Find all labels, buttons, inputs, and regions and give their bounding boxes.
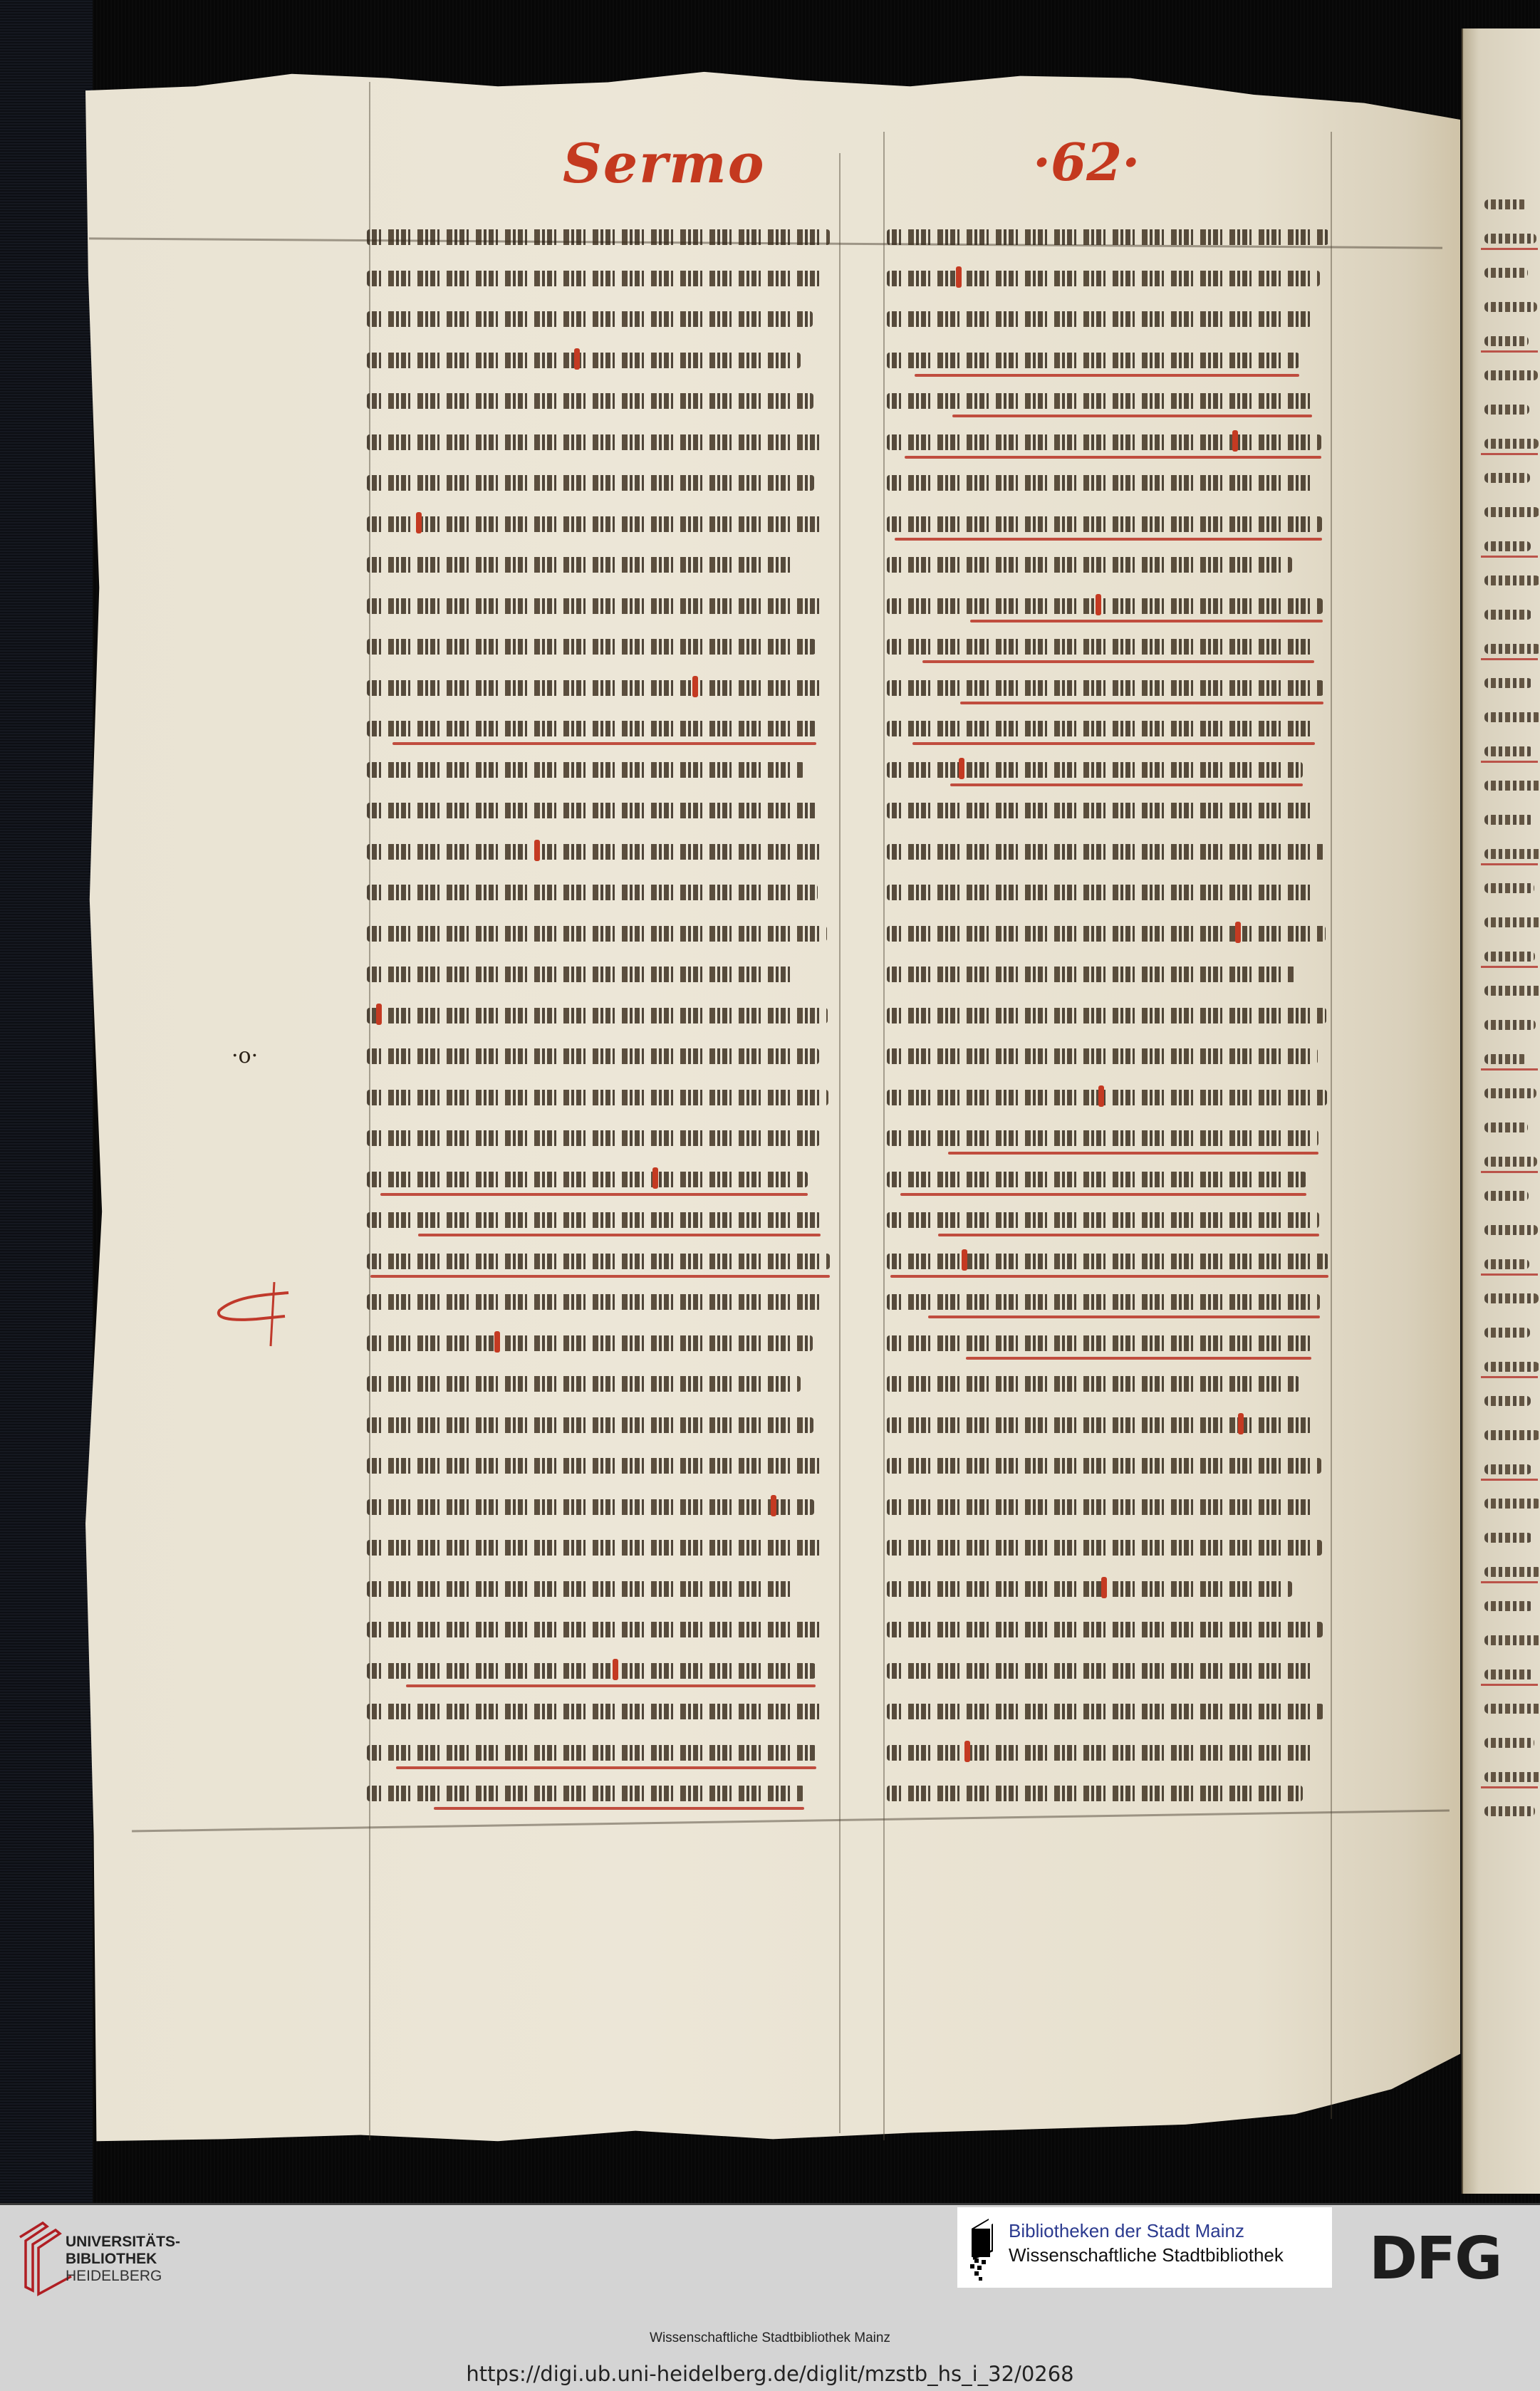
adjacent-page-line bbox=[1484, 1738, 1534, 1748]
handwritten-line bbox=[887, 1499, 1313, 1515]
handwritten-line bbox=[367, 926, 827, 942]
red-underline bbox=[392, 742, 816, 745]
handwritten-line bbox=[887, 1745, 1315, 1761]
red-underline bbox=[406, 1684, 816, 1687]
red-underline bbox=[380, 1193, 808, 1196]
handwritten-line bbox=[887, 1335, 1311, 1351]
rubric-mark bbox=[771, 1495, 776, 1516]
rubric-mark bbox=[964, 1741, 970, 1762]
adjacent-page-line bbox=[1484, 712, 1540, 722]
adjacent-page-line bbox=[1484, 1601, 1533, 1611]
mainz-logo-line2: Wissenschaftliche Stadtbibliothek bbox=[1009, 2244, 1284, 2266]
handwritten-line bbox=[887, 475, 1313, 491]
adjacent-page-line bbox=[1484, 815, 1534, 825]
rubric-mark bbox=[416, 512, 422, 533]
adjacent-page-line bbox=[1484, 1020, 1536, 1030]
red-underline bbox=[1481, 1171, 1538, 1173]
handwritten-line bbox=[367, 680, 825, 696]
handwritten-line bbox=[887, 1417, 1312, 1433]
handwritten-line bbox=[367, 557, 794, 573]
handwritten-line bbox=[367, 353, 801, 368]
adjacent-page-line bbox=[1484, 1157, 1537, 1167]
adjacent-page-line bbox=[1484, 917, 1540, 927]
handwritten-line bbox=[367, 311, 813, 327]
handwritten-line bbox=[887, 1458, 1321, 1474]
adjacent-page-line bbox=[1484, 1533, 1532, 1543]
handwritten-line bbox=[367, 1745, 816, 1761]
handwritten-line bbox=[887, 967, 1296, 982]
handwritten-line bbox=[887, 844, 1325, 860]
handwritten-line bbox=[887, 1090, 1327, 1105]
red-underline bbox=[1481, 658, 1538, 660]
rubric-mark bbox=[1098, 1085, 1104, 1107]
margin-mark: ·o· bbox=[231, 1043, 258, 1068]
red-underline bbox=[960, 702, 1323, 704]
handwritten-line bbox=[887, 311, 1311, 327]
adjacent-page-line bbox=[1484, 1669, 1534, 1679]
handwritten-line bbox=[887, 1130, 1318, 1146]
handwritten-line bbox=[367, 1130, 820, 1146]
adjacent-page-line bbox=[1484, 952, 1535, 962]
handwritten-line bbox=[367, 1663, 816, 1679]
handwritten-line bbox=[887, 639, 1314, 655]
red-underline bbox=[950, 783, 1303, 786]
handwritten-line bbox=[367, 1581, 794, 1597]
adjacent-page-edge bbox=[1462, 28, 1540, 2194]
rubric-mark bbox=[652, 1167, 658, 1189]
ub-heidelberg-logo[interactable]: UNIVERSITÄTS- BIBLIOTHEK HEIDELBERG bbox=[66, 2234, 180, 2285]
handwritten-line bbox=[367, 516, 823, 532]
rubric-mark bbox=[494, 1331, 500, 1353]
adjacent-page-line bbox=[1484, 370, 1538, 380]
handwritten-line bbox=[367, 1212, 821, 1228]
adjacent-page-line bbox=[1484, 986, 1540, 996]
folio-number: ·62· bbox=[1033, 132, 1140, 192]
handwritten-line bbox=[887, 557, 1292, 573]
rubric-mark bbox=[692, 676, 698, 697]
rubric-mark bbox=[1101, 1577, 1107, 1598]
handwritten-line bbox=[887, 1663, 1314, 1679]
red-underline bbox=[1481, 1684, 1538, 1686]
handwritten-line bbox=[887, 271, 1320, 286]
handwritten-line bbox=[367, 1254, 830, 1269]
handwritten-line bbox=[367, 434, 823, 450]
adjacent-page-line bbox=[1484, 1430, 1540, 1440]
handwritten-line bbox=[887, 680, 1323, 696]
handwritten-line bbox=[887, 803, 1316, 818]
handwritten-line bbox=[367, 1376, 801, 1392]
permalink-url[interactable]: https://digi.ub.uni-heidelberg.de/diglit… bbox=[0, 2362, 1540, 2386]
red-underline bbox=[1481, 1786, 1538, 1788]
rubric-mark bbox=[1232, 430, 1238, 452]
ruling-line bbox=[883, 132, 885, 2140]
red-underline bbox=[1481, 1068, 1538, 1071]
rubric-mark bbox=[1096, 594, 1101, 615]
handwritten-line bbox=[887, 434, 1321, 450]
red-underline bbox=[938, 1234, 1319, 1236]
ruling-line bbox=[1331, 132, 1332, 2119]
red-underline bbox=[915, 374, 1299, 377]
adjacent-page-line bbox=[1484, 507, 1539, 517]
handwritten-line bbox=[367, 1499, 814, 1515]
red-underline bbox=[922, 660, 1314, 663]
ruling-line bbox=[839, 153, 841, 2133]
manuscript-scan: Sermo ·62· ·o· bbox=[0, 0, 1540, 2203]
handwritten-line bbox=[887, 1704, 1323, 1719]
rubric-mark bbox=[1235, 922, 1241, 943]
adjacent-page-line bbox=[1484, 746, 1533, 756]
handwritten-line bbox=[367, 803, 817, 818]
adjacent-page-line bbox=[1484, 1806, 1535, 1816]
adjacent-page-line bbox=[1484, 1122, 1528, 1132]
handwritten-line bbox=[887, 598, 1323, 614]
adjacent-page-line bbox=[1484, 1328, 1530, 1338]
red-underline bbox=[1481, 966, 1538, 968]
handwritten-line bbox=[367, 1417, 813, 1433]
red-underline bbox=[418, 1234, 821, 1236]
handwritten-line bbox=[367, 1704, 825, 1719]
red-underline bbox=[1481, 863, 1538, 865]
dfg-logo[interactable]: DFG bbox=[1369, 2225, 1501, 2293]
handwritten-line bbox=[367, 844, 826, 860]
red-underline bbox=[900, 1193, 1306, 1196]
adjacent-page-line bbox=[1484, 1054, 1527, 1064]
adjacent-page-line bbox=[1484, 1225, 1538, 1235]
adjacent-page-line bbox=[1484, 575, 1540, 585]
adjacent-page-line bbox=[1484, 1259, 1529, 1269]
red-margin-cross-icon bbox=[214, 1282, 299, 1353]
ruling-line bbox=[369, 82, 370, 2140]
adjacent-page-line bbox=[1484, 439, 1539, 449]
adjacent-page-line bbox=[1484, 268, 1528, 278]
red-underline bbox=[1481, 1479, 1538, 1481]
handwritten-line bbox=[887, 353, 1299, 368]
red-underline bbox=[1481, 761, 1538, 763]
adjacent-page-line bbox=[1484, 1396, 1531, 1406]
rubric-mark bbox=[959, 758, 964, 779]
handwritten-line bbox=[367, 1540, 823, 1556]
adjacent-page-line bbox=[1484, 473, 1530, 483]
handwritten-line bbox=[367, 475, 814, 491]
rubric-mark bbox=[956, 266, 962, 288]
handwritten-line bbox=[367, 639, 816, 655]
adjacent-page-line bbox=[1484, 1362, 1539, 1372]
adjacent-page-line bbox=[1484, 849, 1540, 859]
adjacent-page-line bbox=[1484, 883, 1534, 893]
red-underline bbox=[1481, 350, 1538, 353]
manuscript-page bbox=[85, 68, 1460, 2147]
adjacent-page-line bbox=[1484, 678, 1532, 688]
viewer-footer: UNIVERSITÄTS- BIBLIOTHEK HEIDELBERG Bibl… bbox=[0, 2203, 1540, 2391]
red-underline bbox=[434, 1807, 804, 1810]
red-underline bbox=[948, 1152, 1318, 1155]
mainz-logo-line1: Bibliotheken der Stadt Mainz bbox=[1009, 2220, 1244, 2242]
adjacent-page-line bbox=[1484, 541, 1531, 551]
handwritten-line bbox=[887, 1786, 1303, 1801]
handwritten-line bbox=[367, 271, 821, 286]
handwritten-line bbox=[887, 885, 1316, 900]
red-underline bbox=[370, 1275, 830, 1278]
handwritten-line bbox=[887, 229, 1328, 245]
handwritten-line bbox=[367, 393, 813, 409]
handwritten-line bbox=[367, 1048, 819, 1064]
red-underline bbox=[928, 1316, 1320, 1318]
adjacent-page-line bbox=[1484, 1464, 1531, 1474]
adjacent-page-line bbox=[1484, 781, 1540, 791]
handwritten-line bbox=[887, 1622, 1323, 1637]
mainz-library-logo[interactable]: Bibliotheken der Stadt Mainz Wissenschaf… bbox=[957, 2207, 1332, 2288]
handwritten-line bbox=[887, 1581, 1292, 1597]
handwritten-line bbox=[367, 1786, 804, 1801]
red-underline bbox=[1481, 1581, 1538, 1583]
handwritten-line bbox=[887, 1048, 1318, 1064]
book-pixel-logo-icon bbox=[967, 2214, 996, 2286]
red-underline bbox=[895, 538, 1322, 541]
handwritten-line bbox=[367, 885, 818, 900]
background-cloth bbox=[0, 0, 93, 2203]
adjacent-page-line bbox=[1484, 1567, 1540, 1577]
holding-institution-credit: Wissenschaftliche Stadtbibliothek Mainz bbox=[0, 2330, 1540, 2346]
adjacent-page-line bbox=[1484, 610, 1531, 620]
red-underline bbox=[1481, 556, 1538, 558]
handwritten-line bbox=[887, 1540, 1322, 1556]
red-underline bbox=[912, 742, 1315, 745]
red-underline bbox=[890, 1275, 1328, 1278]
handwritten-line bbox=[367, 1172, 808, 1187]
handwritten-line bbox=[367, 229, 830, 245]
handwritten-line bbox=[367, 1294, 821, 1310]
handwritten-line bbox=[887, 1254, 1328, 1269]
rubric-mark bbox=[962, 1249, 967, 1271]
red-underline bbox=[905, 456, 1321, 459]
handwritten-line bbox=[367, 1008, 828, 1023]
adjacent-page-line bbox=[1484, 1704, 1540, 1714]
handwritten-line bbox=[367, 762, 804, 778]
adjacent-page-line bbox=[1484, 234, 1536, 244]
adjacent-page-line bbox=[1484, 1499, 1540, 1509]
red-underline bbox=[1481, 248, 1538, 250]
handwritten-line bbox=[367, 967, 797, 982]
red-underline bbox=[1481, 1273, 1538, 1276]
sermon-heading: Sermo bbox=[563, 132, 765, 195]
adjacent-page-line bbox=[1484, 1088, 1536, 1098]
handwritten-line bbox=[887, 721, 1315, 736]
handwritten-line bbox=[367, 1335, 813, 1351]
red-underline bbox=[952, 415, 1312, 417]
handwritten-line bbox=[367, 721, 816, 736]
adjacent-page-line bbox=[1484, 405, 1529, 415]
adjacent-page-line bbox=[1484, 336, 1529, 346]
red-underline bbox=[970, 620, 1323, 623]
red-underline bbox=[396, 1766, 816, 1769]
handwritten-line bbox=[367, 1458, 823, 1474]
ub-logo-line2: BIBLIOTHEK bbox=[66, 2251, 180, 2268]
handwritten-line bbox=[887, 516, 1322, 532]
handwritten-line bbox=[367, 1090, 828, 1105]
handwritten-line bbox=[887, 1376, 1299, 1392]
handwritten-line bbox=[887, 926, 1326, 942]
handwritten-line bbox=[887, 393, 1312, 409]
handwritten-line bbox=[887, 1172, 1306, 1187]
adjacent-page-line bbox=[1484, 302, 1537, 312]
rubric-mark bbox=[574, 348, 580, 370]
adjacent-page-line bbox=[1484, 1293, 1539, 1303]
rubric-mark bbox=[376, 1004, 382, 1025]
handwritten-line bbox=[887, 1008, 1326, 1023]
ub-logo-line1: UNIVERSITÄTS- bbox=[66, 2234, 180, 2251]
rubric-mark bbox=[534, 840, 540, 861]
handwritten-line bbox=[367, 598, 824, 614]
adjacent-page-line bbox=[1484, 199, 1527, 209]
handwritten-line bbox=[887, 762, 1303, 778]
rubric-mark bbox=[613, 1659, 618, 1680]
red-underline bbox=[1481, 453, 1538, 455]
red-underline bbox=[1481, 1376, 1538, 1378]
rubric-mark bbox=[1238, 1413, 1244, 1434]
handwritten-line bbox=[887, 1294, 1320, 1310]
adjacent-page-line bbox=[1484, 1191, 1529, 1201]
adjacent-page-line bbox=[1484, 1635, 1540, 1645]
ub-logo-line3: HEIDELBERG bbox=[66, 2268, 180, 2285]
handwritten-line bbox=[367, 1622, 824, 1637]
adjacent-page-line bbox=[1484, 644, 1540, 654]
red-underline bbox=[966, 1357, 1311, 1360]
handwritten-line bbox=[887, 1212, 1319, 1228]
adjacent-page-line bbox=[1484, 1772, 1540, 1782]
